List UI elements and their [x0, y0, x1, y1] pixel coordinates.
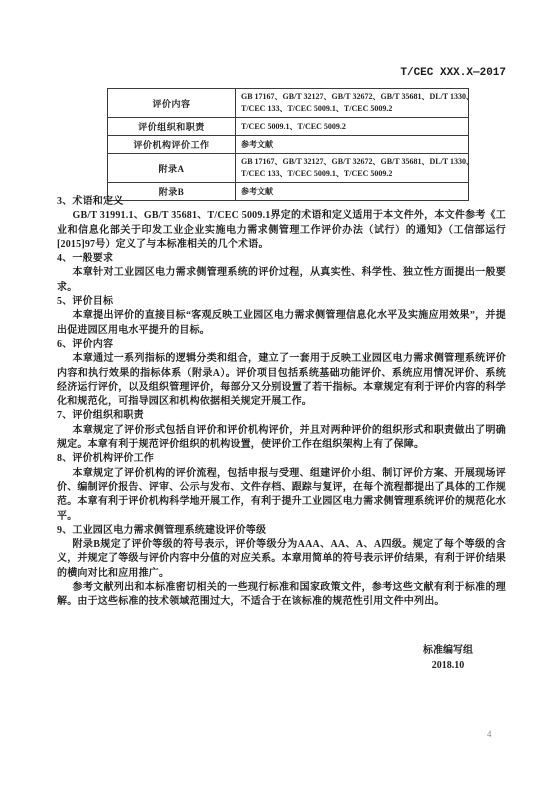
- doc-code: T/CEC XXX.X—2017: [400, 67, 506, 79]
- section-heading: 3、术语和定义: [57, 195, 506, 209]
- table-row: 评价组织和职责T/CEC 5009.1、T/CEC 5009.2: [108, 118, 469, 136]
- section-paragraph: 本章通过一系列指标的逻辑分类和组合，建立了一套用于反映工业园区电力需求侧管理系统…: [57, 352, 506, 409]
- section-paragraph: 本章提出评价的直接目标“客观反映工业园区电力需求侧管理信息化水平及实施应用效果”…: [57, 309, 506, 338]
- table-row-label: 评价组织和职责: [108, 118, 236, 136]
- document-body: 3、术语和定义GB/T 31991.1、GB/T 35681、T/CEC 500…: [57, 195, 506, 610]
- section-paragraph: 本章规定了评价形式包括自评价和评价机构评价，并且对两种评价的组织形式和职责做出了…: [57, 424, 506, 453]
- table-value-line: T/CEC 133、T/CEC 5009.1、T/CEC 5009.2: [241, 168, 463, 180]
- signature-block: 标准编写组 2018.10: [423, 644, 473, 673]
- signature-date: 2018.10: [423, 659, 473, 674]
- table-value-line: 参考文献: [241, 139, 463, 151]
- table-row-value: T/CEC 5009.1、T/CEC 5009.2: [236, 118, 469, 136]
- table-row: 评价内容GB 17167、GB/T 32127、GB/T 32672、GB/T …: [108, 89, 469, 118]
- document-page: T/CEC XXX.X—2017 评价内容GB 17167、GB/T 32127…: [0, 0, 560, 792]
- table-row: 评价机构评价工作参考文献: [108, 136, 469, 154]
- reference-table: 评价内容GB 17167、GB/T 32127、GB/T 32672、GB/T …: [107, 88, 469, 201]
- table-row: 附录AGB 17167、GB/T 32127、GB/T 32672、GB/T 3…: [108, 154, 469, 183]
- table-row-label: 评价机构评价工作: [108, 136, 236, 154]
- section-heading: 7、评价组织和职责: [57, 409, 506, 423]
- section-heading: 9、工业园区电力需求侧管理系统建设评价等级: [57, 524, 506, 538]
- table-value-line: T/CEC 5009.1、T/CEC 5009.2: [241, 121, 463, 133]
- sections-container: 3、术语和定义GB/T 31991.1、GB/T 35681、T/CEC 500…: [57, 195, 506, 581]
- section-heading: 6、评价内容: [57, 338, 506, 352]
- section-heading: 8、评价机构评价工作: [57, 452, 506, 466]
- section-heading: 4、一般要求: [57, 252, 506, 266]
- table-value-line: GB 17167、GB/T 32127、GB/T 32672、GB/T 3568…: [241, 156, 463, 168]
- section-paragraph: GB/T 31991.1、GB/T 35681、T/CEC 5009.1界定的术…: [57, 209, 506, 252]
- table-row-label: 评价内容: [108, 89, 236, 118]
- table-value-line: T/CEC 133、T/CEC 5009.1、T/CEC 5009.2: [241, 103, 463, 115]
- section-paragraph: 附录B规定了评价等级的符号表示，评价等级分为AAA、AA、A、A四级。规定了每个…: [57, 538, 506, 581]
- table-row-label: 附录A: [108, 154, 236, 183]
- section-paragraph: 本章规定了评价机构的评价流程，包括申报与受理、组建评价小组、制订评价方案、开展现…: [57, 467, 506, 524]
- page-number: 4: [487, 729, 492, 739]
- section-paragraph: 本章针对工业园区电力需求侧管理系统的评价过程，从真实性、科学性、独立性方面提出一…: [57, 266, 506, 295]
- reference-table-body: 评价内容GB 17167、GB/T 32127、GB/T 32672、GB/T …: [108, 89, 469, 201]
- closing-paragraph: 参考文献列出和本标准密切相关的一些现行标准和国家政策文件，参考这些文献有利于标准…: [57, 581, 506, 610]
- table-row-value: GB 17167、GB/T 32127、GB/T 32672、GB/T 3568…: [236, 89, 469, 118]
- table-row-value: 参考文献: [236, 136, 469, 154]
- table-row-value: GB 17167、GB/T 32127、GB/T 32672、GB/T 3568…: [236, 154, 469, 183]
- table-value-line: GB 17167、GB/T 32127、GB/T 32672、GB/T 3568…: [241, 91, 463, 103]
- section-heading: 5、评价目标: [57, 295, 506, 309]
- signature-group: 标准编写组: [423, 644, 473, 659]
